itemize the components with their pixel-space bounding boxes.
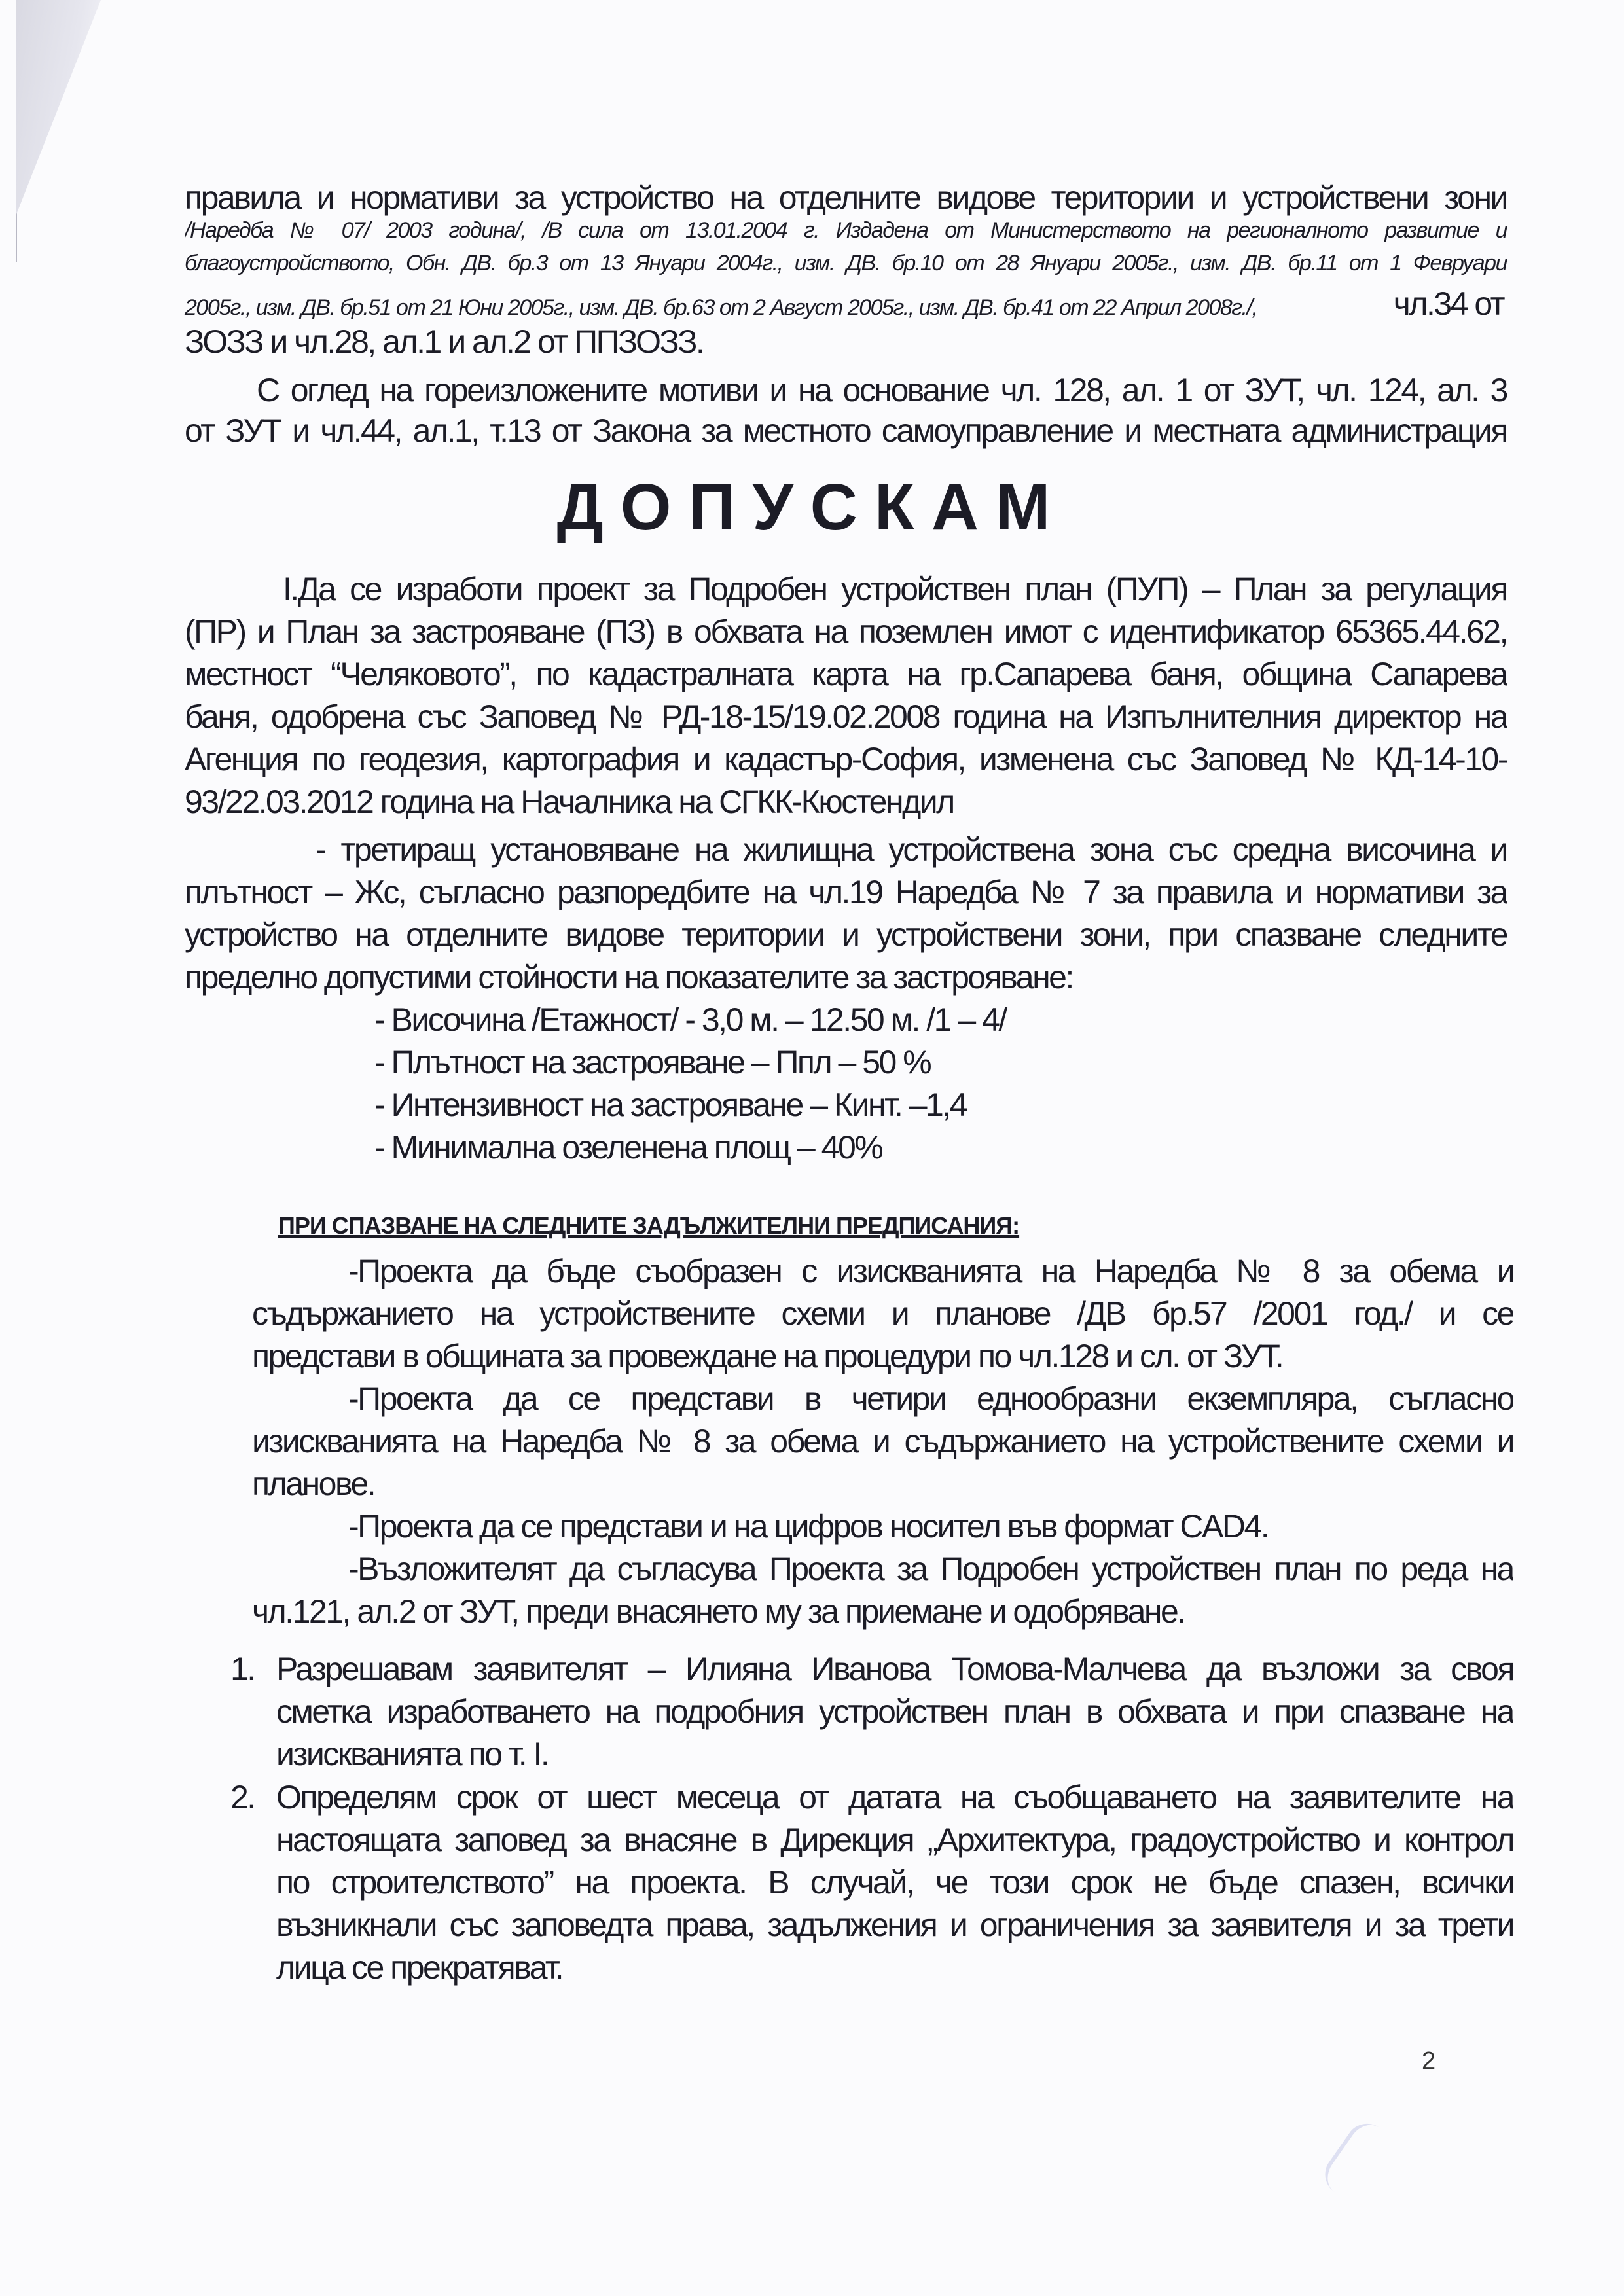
- parameter-height: - Височина /Етажност/ - 3,0 м. – 12.50 м…: [374, 1000, 1624, 1039]
- zone-line: пределно допустими стойности на показате…: [185, 958, 1507, 997]
- page-number: 2: [1422, 2047, 1435, 2075]
- section-i-line: Агенция по геодезия, картография и кадас…: [185, 740, 1507, 779]
- intro-citation-line: 2005г., изм. ДВ. бр.51 от 21 Юни 2005г.,…: [185, 284, 1507, 327]
- item-number: 1.: [230, 1649, 255, 1689]
- section-i-line: (ПР) и План за застрояване (ПЗ) в обхват…: [185, 612, 1507, 651]
- requirement-line: -Проекта да се представи в четири еднооб…: [348, 1379, 1513, 1418]
- numbered-item-line: по строителството” на проекта. В случай,…: [276, 1863, 1513, 1902]
- section-i-line: местност “Челяковото”, по кадастралната …: [185, 655, 1507, 694]
- page-title: ДОПУСКАМ: [0, 470, 1624, 545]
- scan-fold-shadow: [16, 0, 101, 216]
- requirement-line: представи в общината за провеждане на пр…: [252, 1336, 1574, 1376]
- numbered-item-line: сметка изработването на подробния устрой…: [276, 1692, 1513, 1731]
- pen-mark: [1317, 2115, 1398, 2204]
- requirement-line: -Възложителят да съгласува Проекта за По…: [348, 1549, 1513, 1588]
- parameter-density: - Плътност на застрояване – Ппл – 50 %: [374, 1043, 1624, 1082]
- basis-line: С оглед на гореизложените мотиви и на ос…: [257, 370, 1507, 410]
- section-i-line: баня, одобрена със Заповед № РД-18-15/19…: [185, 697, 1507, 736]
- numbered-item-line: Определям срок от шест месеца от датата …: [276, 1778, 1513, 1817]
- zone-line: устройство на отделните видове територии…: [185, 915, 1507, 954]
- requirement-line: изискванията на Наредба № 8 за обема и с…: [252, 1422, 1513, 1461]
- numbered-item-line: изискванията по т. I.: [276, 1734, 1598, 1774]
- requirement-line: чл.121, ал.2 от ЗУТ, преди внасянето му …: [252, 1592, 1574, 1631]
- requirement-line: -Проекта да бъде съобразен с изискваният…: [348, 1251, 1513, 1291]
- numbered-item-line: лица се прекратяват.: [276, 1948, 1598, 1987]
- parameter-green-area: - Минимална озеленена площ – 40%: [374, 1128, 1624, 1167]
- basis-line: от ЗУТ и чл.44, ал.1, т.13 от Закона за …: [185, 411, 1507, 450]
- requirements-heading: ПРИ СПАЗВАНЕ НА СЛЕДНИТЕ ЗАДЪЛЖИТЕЛНИ ПР…: [278, 1212, 1019, 1240]
- requirement-line: -Проекта да се представи и на цифров нос…: [348, 1507, 1624, 1546]
- intro-citation-text: 2005г., изм. ДВ. бр.51 от 21 Юни 2005г.,…: [185, 288, 1346, 327]
- numbered-item-line: настоящата заповед за внасяне в Дирекция…: [276, 1820, 1513, 1859]
- numbered-item-line: възникнали със заповедта права, задължен…: [276, 1905, 1513, 1945]
- requirement-line: планове.: [252, 1464, 1574, 1503]
- parameter-intensity: - Интензивност на застрояване – Кинт. –1…: [374, 1085, 1624, 1124]
- requirement-line: съдържанието на устройствените схеми и п…: [252, 1294, 1513, 1333]
- intro-line: ЗОЗЗ и чл.28, ал.1 и ал.2 от ППЗОЗЗ.: [185, 322, 1507, 361]
- zone-line: плътност – Жс, съгласно разпоредбите на …: [185, 872, 1507, 912]
- section-i-line: I.Да се изработи проект за Подробен устр…: [283, 569, 1507, 609]
- zone-line: - третиращ установяване на жилищна устро…: [316, 830, 1507, 869]
- section-i-line: 93/22.03.2012 година на Началника на СГК…: [185, 782, 1507, 821]
- numbered-item-line: Разрешавам заявителят – Илияна Иванова Т…: [276, 1649, 1513, 1689]
- intro-citation-line: благоустройството, Обн. ДВ. бр.3 от 13 Я…: [185, 243, 1507, 283]
- item-number: 2.: [230, 1778, 255, 1817]
- intro-citation-tail: чл.34 от: [1346, 284, 1504, 323]
